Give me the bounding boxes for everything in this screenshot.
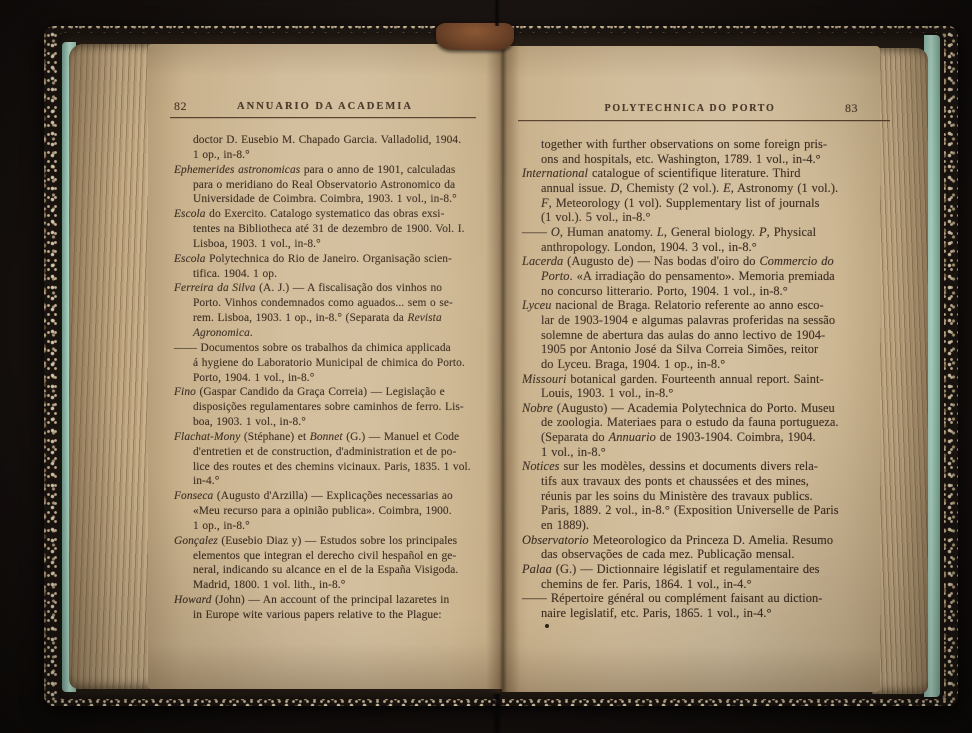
book-entry-line: Madrid, 1800. 1 vol. lith., in-8.° — [174, 578, 486, 593]
book-entry-line: Palaa (G.) — Dictionnaire législatif et … — [522, 562, 894, 577]
book-entry-line: Porto. «A irradiação do pensamento». Mem… — [522, 269, 894, 284]
book-entry-line: International catalogue of scientifique … — [522, 166, 894, 181]
book-entry-line: together with further observations on so… — [522, 137, 894, 152]
book-entry-line: Missouri botanical garden. Fourteenth an… — [522, 372, 894, 387]
book-entry-line: tifica. 1904. 1 op. — [174, 267, 486, 282]
book-entry-line: Lyceu nacional de Braga. Relatorio refer… — [522, 298, 894, 313]
book-entry-line: 1 vol., in-8.° — [522, 445, 894, 460]
book-entry-line: tentes na Bibliotheca até 31 de dezembro… — [174, 222, 486, 237]
book-entry-line: F, Meteorology (1 vol). Supplementary li… — [522, 196, 894, 211]
book-entry-line: disposições regulamentares sobre caminho… — [174, 400, 486, 415]
book-entry-line: lice des routes et des chemins vicinaux.… — [174, 460, 486, 475]
book-entry-line: —— Documentos sobre os trabalhos da chim… — [174, 341, 486, 356]
book-entry-line: Porto, 1904. 1 vol., in-8.° — [174, 371, 486, 386]
book-entry-line: en 1889). — [522, 518, 894, 533]
book-entry-line: Universidade de Coimbra. Coimbra, 1903. … — [174, 192, 486, 207]
book-entry-line: Louis, 1903. 1 vol., in-8.° — [522, 386, 894, 401]
book-entry-line: lar de 1903-1904 e algumas palavras prof… — [522, 313, 894, 328]
book-entry-line: Notices sur les modèles, dessins et docu… — [522, 459, 894, 474]
book-entry-line: 1 op., in-8.° — [174, 519, 486, 534]
book-entry-line: neral, indicando su alcance en el de la … — [174, 563, 486, 578]
book-entry-line: naire legislatif, etc. Paris, 1865. 1 vo… — [522, 606, 894, 621]
book-entry-line: annual issue. D, Chemisty (2 vol.). E, A… — [522, 181, 894, 196]
book-entry-line: das observações de cada mez. Publicação … — [522, 547, 894, 562]
book-entry-line: réunis par les soins du Ministère des tr… — [522, 489, 894, 504]
book-entry-line: Fonseca (Augusto d'Arzilla) — Explicaçõe… — [174, 489, 486, 504]
book-entry-line: Agronomica. — [174, 326, 486, 341]
left-text-block: doctor D. Eusebio M. Chapado Garcia. Val… — [174, 133, 486, 623]
right-header-rule — [518, 120, 890, 121]
book-entry-line: «Meu recurso para a opinião publica». Co… — [174, 504, 486, 519]
book-entry-line: 1905 por Antonio José da Silva Correia S… — [522, 342, 894, 357]
book-entry-line: anthropology. London, 1904. 3 vol., in-8… — [522, 240, 894, 255]
book-entry-line: no concurso litterario. Porto, 1904. 1 v… — [522, 284, 894, 299]
book-entry-line: Ephemerides astronomicas para o anno de … — [174, 163, 486, 178]
book-entry-line: Howard (John) — An account of the princi… — [174, 593, 486, 608]
spine-crease-top — [494, 0, 500, 26]
spine-crease-bottom — [492, 694, 502, 733]
left-header-rule — [170, 117, 476, 118]
right-running-title: POLYTECHNICA DO PORTO — [522, 103, 858, 114]
book-entry-line: Ferreira da Silva (A. J.) — A fiscalisaç… — [174, 281, 486, 296]
book-entry-line: Observatorio Meteorologico da Princeza D… — [522, 533, 894, 548]
book-entry-line: 1 op., in-8.° — [174, 148, 486, 163]
book-entry-line: Paris, 1889. 2 vol., in-8.° (Exposition … — [522, 503, 894, 518]
book-entry-line: de zoologia. Materiaes para o estudo da … — [522, 415, 894, 430]
book-entry-line: Lisboa, 1903. 1 vol., in-8.° — [174, 237, 486, 252]
book-gutter-shadow — [486, 44, 520, 692]
book-entry-line: d'entretien et de construction, d'admini… — [174, 445, 486, 460]
book-entry-line: in Europe wite various papers relative t… — [174, 608, 486, 623]
book-entry-line: Nobre (Augusto) — Academia Polytechnica … — [522, 401, 894, 416]
book-entry-line: (Separata do Annuario de 1903-1904. Coim… — [522, 430, 894, 445]
left-running-title: ANNUARIO DA ACADEMIA — [174, 101, 476, 112]
book-entry-line: chemins de fer. Paris, 1864. 1 vol., in-… — [522, 577, 894, 592]
right-page-number: 83 — [832, 101, 858, 116]
book-entry-line: elementos que integran el derecho civil … — [174, 549, 486, 564]
book-entry-line: Gonçalez (Eusebio Diaz y) — Estudos sobr… — [174, 534, 486, 549]
book-entry-line: á hygiene do Laboratorio Municipal de ch… — [174, 356, 486, 371]
book-entry-line: Lacerda (Augusto de) — Nas bodas d'oiro … — [522, 254, 894, 269]
book-entry-line: tifs aux travaux des ponts et chaussées … — [522, 474, 894, 489]
spine-leather-cap — [436, 23, 514, 50]
book-entry-line: do Lyceu. Braga, 1904. 1 op., in-8.° — [522, 357, 894, 372]
book-entry-line: boa, 1903. 1 vol., in-8.° — [174, 415, 486, 430]
book-entry-line: —— Répertoire général ou complément fais… — [522, 591, 894, 606]
book-entry-line: ons and hospitals, etc. Washington, 1789… — [522, 152, 894, 167]
book-entry-line: Porto. Vinhos condemnados como aguados..… — [174, 296, 486, 311]
book-entry-line: Flachat-Mony (Stéphane) et Bonnet (G.) —… — [174, 430, 486, 445]
book-entry-line: Fino (Gaspar Candido da Graça Correia) —… — [174, 385, 486, 400]
book-entry-line: (1 vol.). 5 vol., in-8.° — [522, 210, 894, 225]
book-entry-line: doctor D. Eusebio M. Chapado Garcia. Val… — [174, 133, 486, 148]
book-entry-line: rem. Lisboa, 1903. 1 op., in-8.° (Separa… — [174, 311, 486, 326]
book-entry-line: in-4.° — [174, 474, 486, 489]
right-text-block: together with further observations on so… — [522, 137, 894, 621]
book-entry-line: Escola do Exercito. Catalogo systematico… — [174, 207, 486, 222]
book-entry-line: para o meridiano do Real Observatorio As… — [174, 178, 486, 193]
book-entry-line: solemne de abertura das aulas do anno le… — [522, 328, 894, 343]
book-entry-line: Escola Polytechnica do Rio de Janeiro. O… — [174, 252, 486, 267]
book-entry-line: —— O, Human anatomy. L, General biology.… — [522, 225, 894, 240]
page-ornament-dot — [545, 624, 549, 628]
